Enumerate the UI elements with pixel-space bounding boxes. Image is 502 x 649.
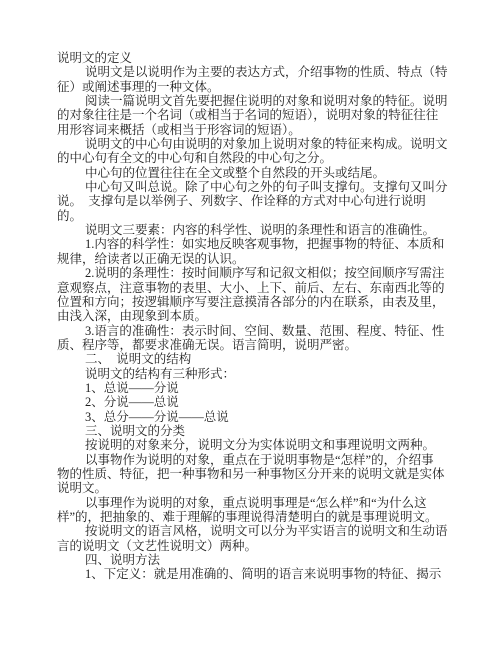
text-line: 征）或阐述事理的一种文体。 [57, 80, 449, 94]
text-line: 1.内容的科学性：如实地反映客观事物，把握事物的特征、本质和 [57, 237, 449, 251]
text-line: 阅读一篇说明文首先要把握住说明的对象和说明对象的特征。说明 [57, 94, 449, 108]
text-line: 说明文是以说明作为主要的表达方式，介绍事物的性质、特点（特 [57, 65, 449, 79]
text-line: 说。 支撑句是以举例子、列数字、作诠释的方式对中心句进行说明 [57, 194, 449, 208]
document-title: 说明文的定义 [57, 51, 449, 65]
text-line: 的中心句有全文的中心句和自然段的中心句之分。 [57, 151, 449, 165]
document-body: 说明文的定义说明文是以说明作为主要的表达方式，介绍事物的性质、特点（特征）或阐述… [57, 51, 449, 582]
text-line: 三、说明文的分类 [57, 424, 449, 438]
document-page: 说明文的定义说明文是以说明作为主要的表达方式，介绍事物的性质、特点（特征）或阐述… [0, 0, 502, 649]
text-line: 3、总分——分说——总说 [57, 410, 449, 424]
text-line: 质、程序等，都要求准确无误。语言简明，说明严密。 [57, 338, 449, 352]
text-line: 以事物作为说明的对象，重点在于说明事物是“怎样”的，介绍事 [57, 453, 449, 467]
text-line: 位置和方向；按逻辑顺序写要注意摸清各部分的内在联系，由表及里， [57, 295, 449, 309]
text-line: 说明文。 [57, 481, 449, 495]
text-line: 规律，给读者以正确无误的认识。 [57, 252, 449, 266]
text-line: 中心句又叫总说。除了中心句之外的句子叫支撑句。支撑句又叫分 [57, 180, 449, 194]
text-line: 四、说明方法 [57, 553, 449, 567]
text-line: 样”的，把抽象的、难于理解的事理说得清楚明白的就是事理说明文。 [57, 510, 449, 524]
text-line: 意观察点，注意事物的表里、大小、上下、前后、左右、东南西北等的 [57, 281, 449, 295]
text-line: 1、总说——分说 [57, 381, 449, 395]
text-line: 按说明文的语言风格，说明文可以分为平实语言的说明文和生动语 [57, 524, 449, 538]
text-line: 2、分说——总说 [57, 395, 449, 409]
text-line: 由浅入深，由现象到本质。 [57, 309, 449, 323]
text-line: 说明文的结构有三种形式： [57, 367, 449, 381]
text-line: 说明文三要素：内容的科学性、说明的条理性和语言的准确性。 [57, 223, 449, 237]
text-line: 物的性质、特征，把一种事物和另一种事物区分开来的说明文就是实体 [57, 467, 449, 481]
text-line: 用形容词来概括（或相当于形容词的短语）。 [57, 123, 449, 137]
text-line: 3.语言的准确性：表示时间、空间、数量、范围、程度、特征、性 [57, 324, 449, 338]
text-line: 中心句的位置往往在全文或整个自然段的开头或结尾。 [57, 166, 449, 180]
text-line: 的对象往往是一个名词（或相当于名词的短语），说明对象的特征往往 [57, 108, 449, 122]
text-line: 言的说明文（文艺性说明文）两种。 [57, 539, 449, 553]
text-line: 按说明的对象来分，说明文分为实体说明文和事理说明文两种。 [57, 438, 449, 452]
text-line: 1、下定义：就是用准确的、简明的语言来说明事物的特征、揭示 [57, 567, 449, 581]
text-line: 以事理作为说明的对象，重点说明事理是“怎么样”和“为什么这 [57, 496, 449, 510]
text-line: 2.说明的条理性：按时间顺序写和记叙文相似；按空间顺序写需注 [57, 266, 449, 280]
text-line: 说明文的中心句由说明的对象加上说明对象的特征来构成。说明文 [57, 137, 449, 151]
text-line: 二、 说明文的结构 [57, 352, 449, 366]
text-line: 的。 [57, 209, 449, 223]
